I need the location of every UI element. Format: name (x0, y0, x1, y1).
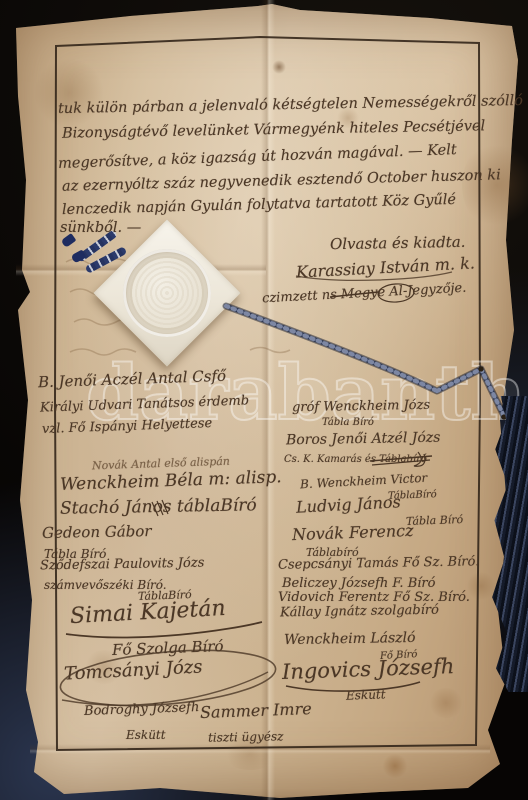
signature-name: Kállay Ignátz szolgabíró (280, 604, 439, 620)
embossed-wax-seal (123, 249, 211, 337)
signature-title: Tábla Bíró (406, 514, 463, 527)
signature-title: Tábla Bíró (322, 418, 374, 428)
closing-read-line: Olvasta és kiadta. (330, 235, 466, 252)
signature-name: Boros Jenői Atzél Józs (286, 431, 441, 448)
signature-name: Sződefszai Paulovits Józs (40, 557, 205, 573)
signature-name: Vidovich Ferentz Fő Sz. Bíró. (278, 591, 470, 604)
signature-title: Eskütt (346, 688, 386, 701)
signature-title: Fő Szolga Bíró (112, 639, 224, 658)
body-line: sünkből. — (60, 221, 141, 236)
photo-background: darabanth tuk külön párban a jelenvaló k… (0, 0, 528, 800)
signature-name: Novák Ferencz (292, 523, 414, 543)
signature-title: Cs. K. Kamarás és Táblabíró (284, 455, 427, 465)
signature-name: Beliczey Józsefh F. Bíró (282, 577, 435, 590)
signature-name: Sammer Imre (200, 701, 312, 721)
signature-name: Wenckheim László (284, 631, 416, 647)
signature-name: Gedeon Gábor (42, 524, 152, 541)
signature-title: tiszti ügyész (208, 730, 284, 743)
signature-name: Stachó János táblaBíró (60, 497, 257, 517)
signature-name: Csepcsányi Tamás Fő Sz. Bíró. (278, 555, 479, 572)
bottom-fold-crease (30, 744, 490, 754)
signature-name: gróf Wenckheim Józs (292, 399, 430, 414)
signature-title: Eskütt (126, 729, 166, 741)
signature-name: Bodroghy Józsefh (84, 701, 200, 718)
